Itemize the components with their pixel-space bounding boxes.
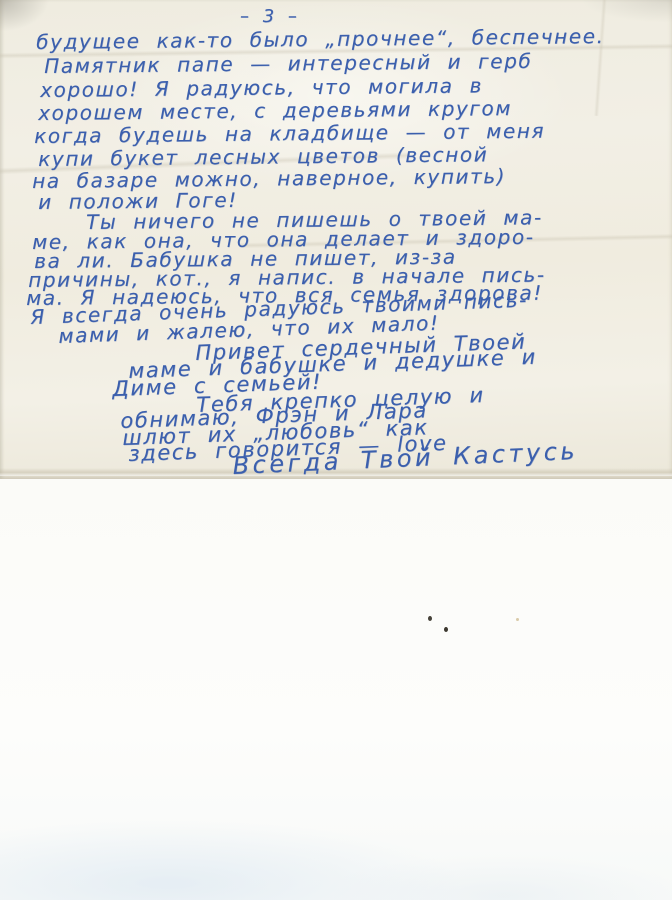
- dust-speck: [428, 616, 432, 621]
- letter-paper: – 3 – будущее как-то было „прочнее“, бес…: [0, 0, 672, 479]
- paper-crease: [594, 0, 607, 116]
- page-number: – 3 –: [240, 6, 301, 27]
- dust-speck: [444, 627, 448, 632]
- scan-background: [0, 478, 672, 900]
- dust-speck: [516, 618, 519, 621]
